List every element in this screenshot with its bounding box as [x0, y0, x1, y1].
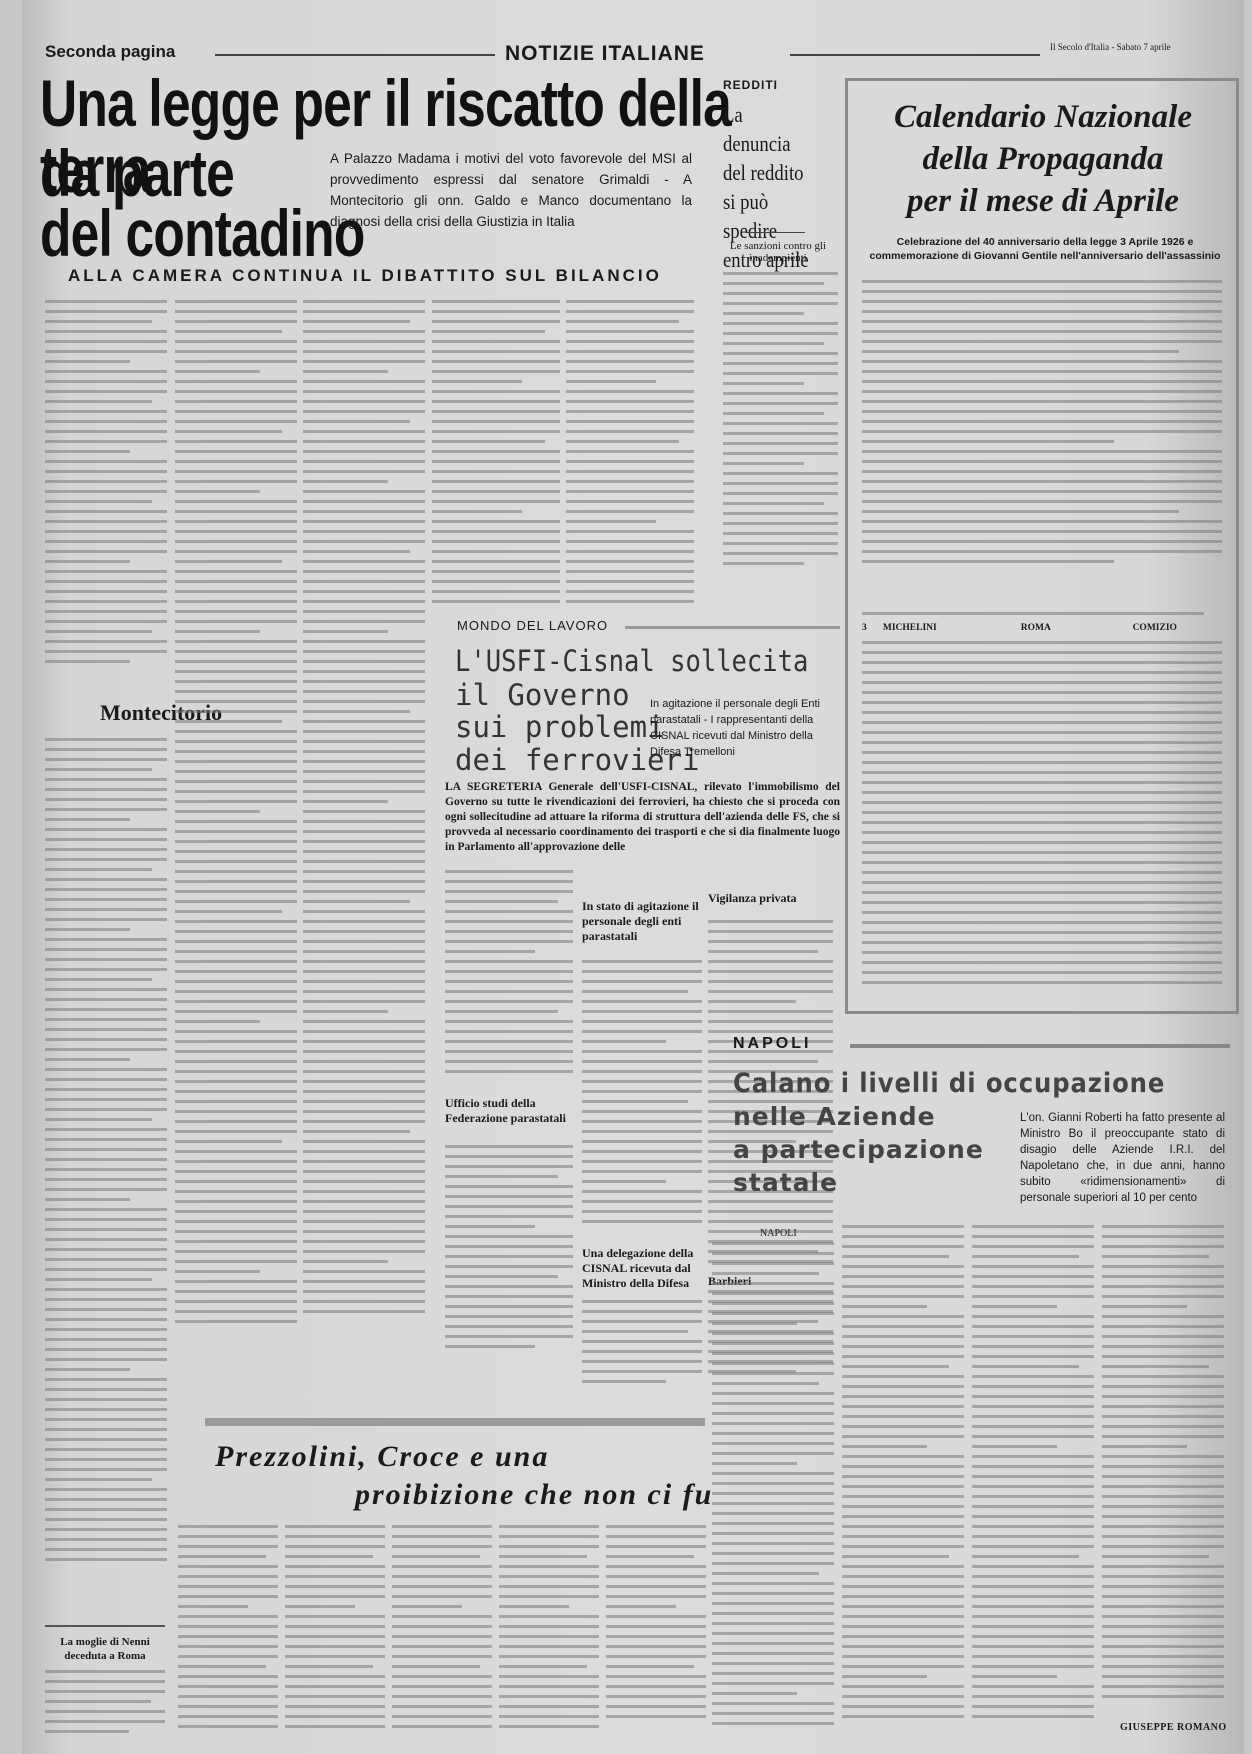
- calendar-row-legible: 3 MICHELINI ROMA COMIZIO: [862, 622, 1222, 635]
- culture-body-col2: [285, 1525, 385, 1735]
- culture-body-col3: [392, 1525, 492, 1735]
- lavoro-subhead-2: Vigilanza privata: [708, 891, 833, 906]
- calendar-subtitle: Celebrazione del 40 anniversario della l…: [860, 235, 1230, 263]
- calendar-intro-text: [862, 280, 1222, 570]
- redditi-rule: [745, 232, 805, 233]
- napoli-rule: [850, 1044, 1230, 1048]
- calendar-table: 3 MICHELINI ROMA COMIZIO: [862, 612, 1222, 991]
- lead-headline-3: del contadino: [40, 200, 364, 266]
- lead-strap: ALLA CAMERA CONTINUA IL DIBATTITO SUL BI…: [68, 266, 662, 286]
- culture-body-col1: [178, 1525, 278, 1735]
- lavoro-rule: [625, 626, 840, 629]
- calendar-oratore: MICHELINI: [883, 622, 1021, 635]
- napoli-signature: GIUSEPPE ROMANO: [1120, 1722, 1227, 1733]
- culture-headline-1: Prezzolini, Croce e una: [215, 1440, 549, 1474]
- napoli-headline-3: a partecipazione: [733, 1135, 984, 1164]
- side-note-body: [45, 1670, 165, 1740]
- calendar-title-line1: Calendario Nazionale: [858, 96, 1228, 138]
- napoli-headline-2: nelle Aziende: [733, 1102, 936, 1131]
- culture-headline-2: proibizione che non ci fu: [355, 1478, 713, 1512]
- side-note-headline: La moglie di Nenni deceduta a Roma: [45, 1625, 165, 1663]
- lavoro-body-col1b: [445, 1145, 573, 1355]
- napoli-deck: L'on. Gianni Roberti ha fatto presente a…: [1020, 1110, 1225, 1206]
- calendar-title: Calendario Nazionale della Propaganda pe…: [858, 96, 1228, 222]
- redditi-kicker: REDDITI: [723, 78, 778, 92]
- culture-body-col4: [499, 1525, 599, 1735]
- lavoro-body-col1: [445, 870, 573, 1080]
- napoli-headline-1: Calano i livelli di occupazione: [733, 1068, 1237, 1099]
- napoli-body-col4: [1102, 1225, 1224, 1705]
- masthead-rule-left: [215, 54, 495, 56]
- lead-body-col2: [175, 300, 297, 1330]
- lavoro-headline-2: il Governo: [455, 679, 630, 712]
- lavoro-deck: In agitazione il personale degli Enti pa…: [650, 696, 840, 760]
- culture-body-col5: [606, 1525, 706, 1725]
- napoli-body-col1: [712, 1242, 834, 1732]
- section-label: Seconda pagina: [45, 42, 175, 62]
- lavoro-body-col2b: [582, 1300, 702, 1390]
- publication-line: Il Secolo d'Italia - Sabato 7 aprile: [1050, 42, 1171, 52]
- napoli-kicker: NAPOLI: [733, 1035, 811, 1053]
- lavoro-kicker: MONDO DEL LAVORO: [457, 618, 608, 633]
- lavoro-lead-in: LA SEGRETERIA Generale dell'USFI-CISNAL,…: [445, 780, 840, 855]
- napoli-headline-4: statale: [733, 1168, 838, 1197]
- section-title: NOTIZIE ITALIANE: [505, 42, 705, 66]
- calendar-title-line2: della Propaganda: [858, 138, 1228, 180]
- lavoro-body-col2: [582, 960, 702, 1230]
- masthead-rule-right: [790, 54, 1040, 56]
- lavoro-subhead-3: Ufficio studi della Federazione parastat…: [445, 1096, 570, 1126]
- lead-deck: A Palazzo Madama i motivi del voto favor…: [330, 148, 692, 232]
- napoli-dateline: NAPOLI: [760, 1228, 797, 1239]
- calendar-tipo: COMIZIO: [1133, 622, 1222, 635]
- culture-rule: [205, 1418, 705, 1426]
- redditi-body: [723, 272, 838, 572]
- calendar-title-line3: per il mese di Aprile: [858, 180, 1228, 222]
- lead-body-col1b: [45, 738, 167, 1568]
- lead-body-col5: [566, 300, 694, 610]
- lavoro-headline-3: sui problemi: [455, 711, 665, 744]
- lavoro-subhead-4: Una delegazione della CISNAL ricevuta da…: [582, 1246, 702, 1291]
- lead-body-col1: [45, 300, 167, 670]
- lavoro-subhead-1: In stato di agitazione il personale degl…: [582, 899, 702, 944]
- lead-body-col3: [303, 300, 425, 1320]
- redditi-subhead: Le sanzioni contro gli inadempienti: [723, 240, 833, 264]
- lead-body-col4: [432, 300, 560, 610]
- lavoro-headline-1: L'USFI-Cisnal sollecita: [455, 645, 842, 678]
- calendar-localita: ROMA: [1021, 622, 1133, 635]
- napoli-body-col2: [842, 1225, 964, 1725]
- napoli-body-col3: [972, 1225, 1094, 1725]
